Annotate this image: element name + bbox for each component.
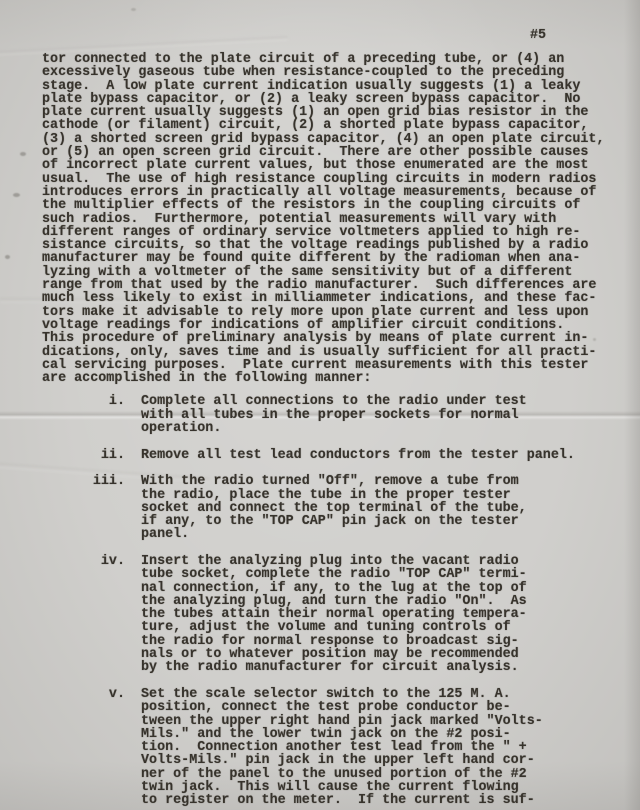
list-item-text: Remove all test lead conductors from the… — [141, 449, 575, 462]
list-item: i. Complete all connections to the radio… — [80, 395, 605, 435]
list-item-text: Complete all connections to the radio un… — [141, 395, 527, 435]
list-item-text: Set the scale selector switch to the 125… — [141, 688, 543, 808]
ink-speck — [5, 255, 10, 259]
list-item-numeral: i. — [80, 395, 125, 408]
list-item-text: Insert the analyzing plug into the vacan… — [141, 555, 527, 675]
ink-speck — [20, 152, 26, 156]
instruction-list: i. Complete all connections to the radio… — [80, 395, 605, 807]
ink-speck — [131, 8, 136, 11]
list-item-numeral: ii. — [80, 449, 125, 462]
list-item: v. Set the scale selector switch to the … — [80, 688, 605, 808]
list-item-numeral: v. — [80, 688, 125, 701]
ink-speck — [13, 193, 20, 197]
list-item-numeral: iv. — [80, 555, 125, 568]
page-number: #5 — [530, 29, 546, 42]
list-item-numeral: iii. — [80, 475, 125, 488]
list-item: ii. Remove all test lead conductors from… — [80, 449, 605, 462]
list-item-text: With the radio turned "Off", remove a tu… — [141, 475, 527, 541]
scanned-document-page: #5 tor connected to the plate circuit of… — [0, 0, 640, 810]
paper-edge-shadow — [624, 0, 640, 810]
intro-paragraph: tor connected to the plate circuit of a … — [42, 53, 605, 385]
list-item: iii. With the radio turned "Off", remove… — [80, 475, 605, 541]
list-item: iv. Insert the analyzing plug into the v… — [80, 555, 605, 675]
document-body: tor connected to the plate circuit of a … — [42, 53, 605, 808]
